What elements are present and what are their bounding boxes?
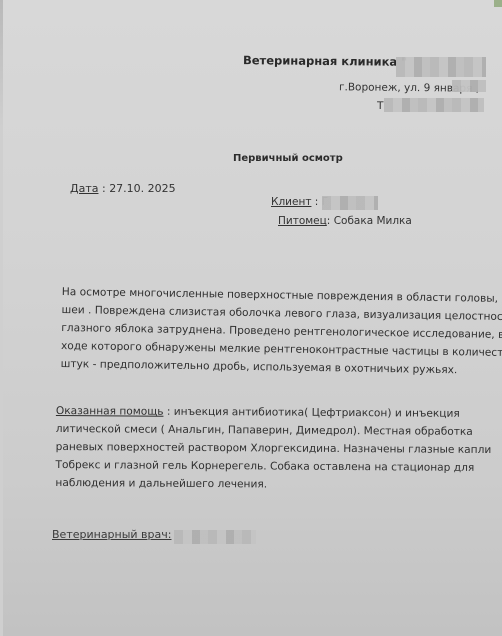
redacted-clinic-name xyxy=(396,57,486,77)
pet-label: Питомец xyxy=(278,215,327,227)
clinic-phone: Т xyxy=(377,100,384,112)
pet-separator: : xyxy=(327,215,334,227)
client-line: Клиент : Г xyxy=(271,196,328,208)
client-label: Клиент xyxy=(271,196,311,208)
assistance-line: наблюдения и дальнейшего лечения. xyxy=(55,474,491,495)
redacted-client-name xyxy=(322,196,378,210)
pet-line: Питомец: Собака Милка xyxy=(278,215,412,227)
document-page: Ветеринарная клиника " г.Воронеж, ул. 9 … xyxy=(0,0,502,636)
redacted-doctor-name xyxy=(174,530,256,544)
redacted-address-number xyxy=(452,80,486,92)
assistance-label: Оказанная помощь xyxy=(56,405,164,418)
client-separator: : xyxy=(311,196,321,208)
date-separator: : xyxy=(98,182,109,195)
corner-tab xyxy=(494,0,502,7)
date-label: Дата xyxy=(70,182,98,195)
assistance-paragraph: Оказанная помощь : инъекция антибиотика(… xyxy=(55,402,491,495)
assistance-first-line-text: : инъекция антибиотика( Цефтриаксон) и и… xyxy=(163,406,459,420)
document-title: Первичный осмотр xyxy=(233,153,343,164)
pet-value: Собака Милка xyxy=(334,215,412,227)
doctor-label: Ветеринарный врач: xyxy=(52,528,171,541)
date-value: 27.10. 2025 xyxy=(109,182,175,195)
redacted-phone xyxy=(384,98,484,112)
clinic-name: Ветеринарная клиника " xyxy=(243,53,407,69)
date-line: Дата : 27.10. 2025 xyxy=(70,182,176,195)
examination-paragraph: На осмотре многочисленные поверхностные … xyxy=(61,283,502,380)
